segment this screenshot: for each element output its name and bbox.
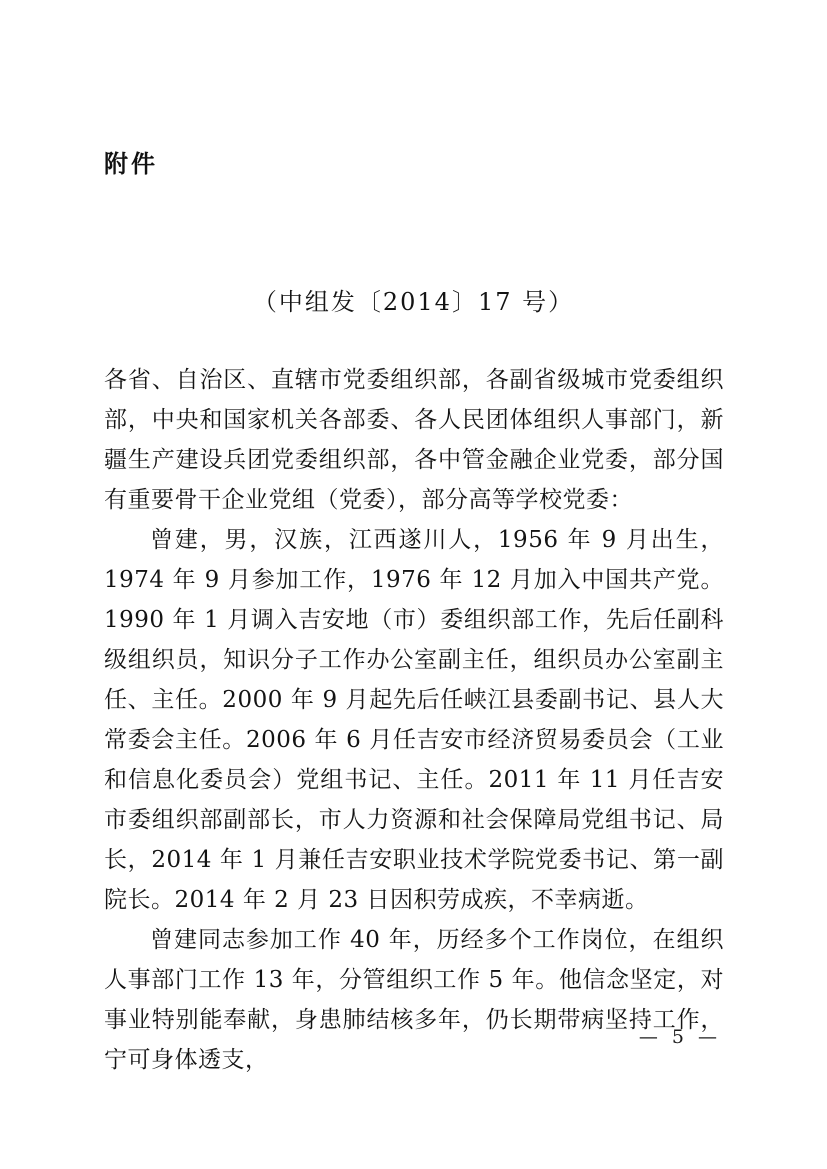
document-body: 各省、自治区、直辖市党委组织部，各副省级城市党委组织部，中央和国家机关各部委、各… — [104, 360, 724, 1080]
attachment-label: 附件 — [104, 144, 158, 179]
paragraph-salutation: 各省、自治区、直辖市党委组织部，各副省级城市党委组织部，中央和国家机关各部委、各… — [104, 360, 724, 520]
paragraph-biography: 曾建，男，汉族，江西遂川人，1956 年 9 月出生，1974 年 9 月参加工… — [104, 520, 724, 920]
page-number: — 5 — — [639, 1026, 721, 1048]
document-number: （中组发〔2014〕17 号） — [0, 282, 827, 317]
document-page: 附件 （中组发〔2014〕17 号） 各省、自治区、直辖市党委组织部，各副省级城… — [0, 0, 827, 1169]
paragraph-commendation: 曾建同志参加工作 40 年，历经多个工作岗位，在组织人事部门工作 13 年，分管… — [104, 920, 724, 1080]
